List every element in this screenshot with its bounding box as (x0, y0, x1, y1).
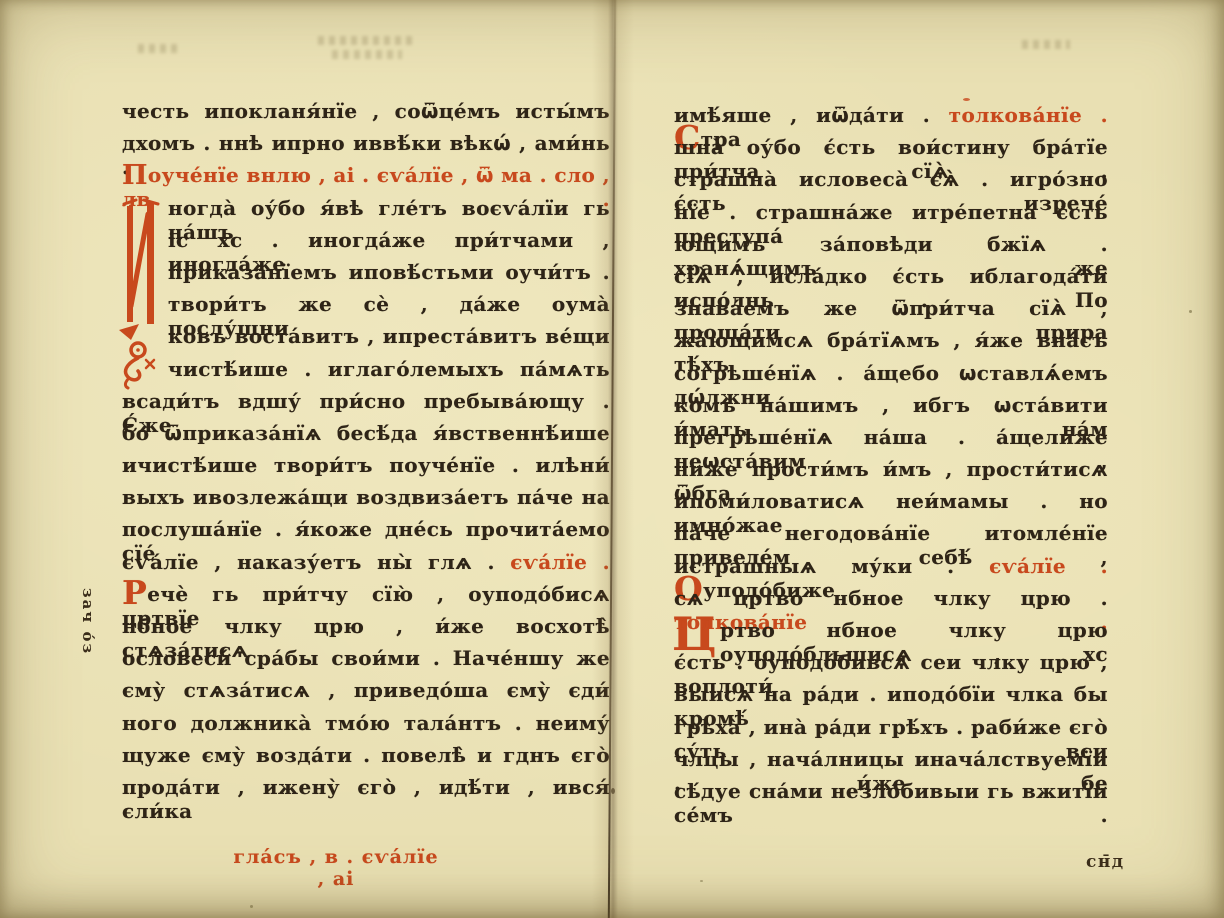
paper-speck (250, 905, 253, 908)
body-text: выхъ ивозлежа́щи воздвиза́етъ па́че на (122, 485, 610, 509)
text-line: сѣ́дуе сна́ми незло́бивыи гь вжитїи се́м… (674, 779, 1108, 811)
show-through-mark (318, 36, 414, 45)
text-line: сѧ цртво нбное члку црю . толкова́нїе . (674, 586, 1108, 618)
text-line: выисѧ на ра́ди . иподо́бїи члка бы кромѣ… (674, 682, 1108, 714)
rubric-text: єѵа́лїе . (510, 550, 610, 574)
text-line: іс хс . иногда́же при́тчами , иногда́же (122, 228, 610, 260)
show-through-mark (332, 50, 402, 59)
text-line: жа́ющимсѧ бра́тїѧмъ , я́же вна́съ тѣ́хъ (674, 328, 1108, 360)
body-text: бо ѿприказа́нїѧ бесѣ́да я́вственнѣ́ише (122, 421, 610, 445)
show-through-mark (1022, 40, 1070, 49)
rubric-text: толкова́нїе . (949, 103, 1108, 127)
paper-speck (1189, 310, 1192, 313)
text-line: Речѐ гь при́тчу сїю̀ , оуподо́бисѧ цртвї… (122, 582, 610, 614)
text-line: ного должника̀ тмо́ю тала́нтъ . неиму́ (122, 711, 610, 743)
text-line: страшна̀ исловеса̀ єѧ̀ . игро́зно є́сть … (674, 167, 1108, 199)
text-line: єѵа́лїе , наказу́етъ ны̀ глѧ . єѵа́лїе . (122, 550, 610, 582)
rubric-text: єѵа́лїе . (989, 554, 1108, 578)
text-line: Поуче́нїе внлю , аі . єѵа́лїе , ѿ ма . с… (122, 163, 610, 195)
text-line: сїѧ̀ , исла́дко є́сть иблагода́ти испо́л… (674, 264, 1108, 296)
text-line: шна̀ оу́бо є́сть вои́стину бра́тїе при́т… (674, 135, 1108, 167)
text-line: прегрѣше́нїѧ на́ша . а́щелиже неѡста́вим… (674, 425, 1108, 457)
text-line: нижѐ прости́мъ и́мъ , прости́тисѧ ѿбга (674, 457, 1108, 489)
text-line: всади́тъ вдшу́ при́сно пребыва́ющу . Є́ж… (122, 389, 610, 421)
text-line: честь ипокланя́нїе , соѿце́мъ исты́мъ (122, 99, 610, 131)
text-line: прода́ти , ижену̀ єго̀ , идѣ́ти , ився́ … (122, 775, 610, 807)
paper-speck (611, 788, 615, 794)
text-line: члцы , нача́лницы инача́лствуемїи . и́же… (674, 747, 1108, 779)
text-line: є́сть . оуподо́бивсѧ сеи члку црю , вопл… (674, 650, 1108, 682)
body-text: щуже єму̀ возда́ти . повелѣ̀ и гднъ єго̀ (122, 743, 610, 767)
text-line: твори́тъ же сѐ , да́же оума̀ послу́шни (122, 292, 610, 324)
body-text: ковъ воста́витъ , ипреста́витъ ве́щи (168, 324, 610, 348)
text-line: нбное члку црю , и́же восхотѣ̀ стѧза́тис… (122, 614, 610, 646)
running-footer: гла́съ , в . єѵа́лїе , аі (228, 846, 444, 890)
paper-speck (700, 880, 703, 882)
text-line: истра́шныѧ му́ки . єѵа́лїе . Оуподо́биже (674, 554, 1108, 586)
text-line: чистѣ́ише . иглаго́лемыхъ па́мѧть (122, 357, 610, 389)
text-line: послуша́нїе . я́коже дне́сь прочита́емо … (122, 517, 610, 549)
text-line: приказа́нїемъ иповѣ́стьми оучи́тъ . (122, 260, 610, 292)
text-line: єму̀ стѧза́тисѧ , приведо́ша єму̀ єди́ (122, 678, 610, 710)
text-line: щуже єму̀ возда́ти . повелѣ̀ и гднъ єго̀ (122, 743, 610, 775)
body-text: єѵа́лїе , наказу́етъ ны̀ глѧ . (122, 550, 510, 574)
text-line: па́че негодова́нїе итомле́нїе приведе́м … (674, 521, 1108, 553)
text-line: выхъ ивозлежа́щи воздвиза́етъ па́че на (122, 485, 610, 517)
body-text: имѣ́яше , иѿда́ти . (674, 103, 949, 127)
rubric-text: П (122, 160, 148, 191)
body-text: ословеси́ сра́бы свои́ми . Наче́ншу же (122, 646, 610, 670)
body-text: приказа́нїемъ иповѣ́стьми оучи́тъ . (168, 260, 610, 284)
book-spread-photo: { "palette": { "paper": "#e9e0b3", "ink"… (0, 0, 1224, 918)
rubric-text: Р (122, 573, 147, 612)
text-line: ичистѣ́ише твори́тъ поуче́нїе . илѣни́ (122, 453, 610, 485)
body-text: прода́ти , ижену̀ єго̀ , идѣ́ти , ився́ … (122, 775, 610, 823)
show-through-mark (138, 44, 180, 53)
text-line: имѣ́яше , иѿда́ти . толкова́нїе . Стра (674, 103, 1108, 135)
text-line: ословеси́ сра́бы свои́ми . Наче́ншу же (122, 646, 610, 678)
paper-speck (963, 98, 970, 101)
body-text: ного должника̀ тмо́ю тала́нтъ . неиму́ (122, 711, 610, 735)
body-text: честь ипокланя́нїе , соѿце́мъ исты́мъ (122, 99, 610, 123)
text-line: ногда̀ оу́бо я́вѣ гле́тъ воєѵа́лїи гь на… (122, 196, 610, 228)
text-line: грѣха̀ , ина̀ ра́ди грѣ́хъ . раби́же єго… (674, 715, 1108, 747)
body-text: чистѣ́ише . иглаго́лемыхъ па́мѧть (168, 357, 610, 381)
right-page-text-block: имѣ́яше , иѿда́ти . толкова́нїе . Страшн… (674, 103, 1108, 811)
text-line: согрѣше́нїѧ . а́щебо ѡставлѧ́емъ дѡ́лжни (674, 361, 1108, 393)
body-text: ичистѣ́ише твори́тъ поуче́нїе . илѣни́ (122, 453, 610, 477)
body-text: сѣ́дуе сна́ми незло́бивыи гь вжитїи се́м… (674, 779, 1108, 827)
left-page-text-block: честь ипокланя́нїе , соѿце́мъ исты́мъдхо… (122, 99, 610, 807)
folio-number: сн̄д (1086, 852, 1125, 872)
text-line: знава́емъ же ѿпри́тча сїѧ̀ , проща́ти пр… (674, 296, 1108, 328)
text-line: бо ѿприказа́нїѧ бесѣ́да я́вственнѣ́ише (122, 421, 610, 453)
body-text: єму̀ стѧза́тисѧ , приведо́ша єму̀ єди́ (122, 678, 610, 702)
text-line: дхомъ . ннѣ ипрно иввѣ́ки вѣкѡ́ , ами́нь… (122, 131, 610, 163)
pericope-margin-note: зач о́з (79, 588, 97, 655)
text-line: ковъ воста́витъ , ипреста́витъ ве́щи (122, 324, 610, 356)
text-line: нїе . страшна́же итре́петна є́сть престу… (674, 200, 1108, 232)
text-line: ющимъ за́повѣди бжїѧ . хранѧ́щимъ же (674, 232, 1108, 264)
text-line: ртво нбное члку црю оуподо́бльшисѧ , хс (674, 618, 1108, 650)
text-line: комъ на́шимъ , ибгъ ѡста́вити и́мать на́… (674, 393, 1108, 425)
body-text: сѧ цртво нбное члку црю . (674, 586, 1108, 610)
body-text: истра́шныѧ му́ки . (674, 554, 989, 578)
text-line: ипоми́ловатисѧ неи́мамы . но имно́жае (674, 489, 1108, 521)
